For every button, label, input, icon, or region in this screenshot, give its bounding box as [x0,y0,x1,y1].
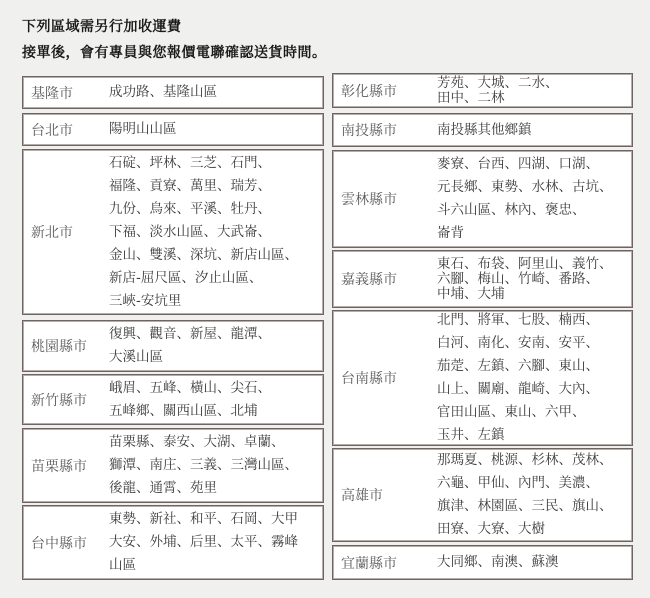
area-line: 茄萣、左鎮、六腳、東山、 [437,355,599,378]
area-line: 元長鄉、東勢、水林、古坑、 [437,176,613,199]
region-name: 南投縣市 [333,120,397,140]
area-line: 三峽-安坑里 [109,290,298,313]
area-line: 大同鄉、南澳、蘇澳 [437,551,559,574]
area-line: 成功路、基隆山區 [109,81,217,104]
area-line: 九份、烏來、平溪、牡丹、 [109,198,298,221]
region-areas: 麥寮、台西、四湖、口湖、元長鄉、東勢、水林、古坑、斗六山區、林內、褒忠、崙背 [437,153,613,245]
area-line: 東石、布袋、阿里山、義竹、 [437,257,613,272]
area-line: 那瑪夏、桃源、杉林、茂林、 [437,449,613,472]
area-line: 田寮、大寮、大樹 [437,518,613,541]
area-line: 下福、淡水山區、大武崙、 [109,221,298,244]
region-row: 南投縣市南投縣其他鄉鎮 [332,113,633,147]
notice-subtitle: 接單後，會有專員與您報價電聯確認送貨時間。 [22,42,327,62]
area-line: 芳苑、大城、二水、 [437,76,559,91]
region-row: 雲林縣市麥寮、台西、四湖、口湖、元長鄉、東勢、水林、古坑、斗六山區、林內、褒忠、… [332,150,633,248]
region-name: 嘉義縣市 [333,269,397,289]
region-name: 新竹縣市 [23,390,87,410]
region-row: 新北市石碇、坪林、三芝、石門、福隆、貢寮、萬里、瑞芳、九份、烏來、平溪、牡丹、下… [22,149,324,315]
region-row: 嘉義縣市東石、布袋、阿里山、義竹、六腳、梅山、竹崎、番路、中埔、大埔 [332,250,633,308]
region-areas: 成功路、基隆山區 [109,81,217,104]
area-line: 山上、關廟、龍崎、大內、 [437,378,599,401]
area-line: 田中、二林 [437,91,559,106]
area-line: 斗六山區、林內、褒忠、 [437,199,613,222]
area-line: 玉井、左鎮 [437,424,599,447]
region-areas: 芳苑、大城、二水、田中、二林 [437,76,559,106]
region-areas: 石碇、坪林、三芝、石門、福隆、貢寮、萬里、瑞芳、九份、烏來、平溪、牡丹、下福、淡… [109,152,298,313]
area-line: 苗栗縣、泰安、大湖、卓蘭、 [109,431,298,454]
area-line: 大溪山區 [109,346,271,369]
area-line: 中埔、大埔 [437,287,613,302]
region-row: 苗栗縣市苗栗縣、泰安、大湖、卓蘭、獅潭、南庄、三義、三灣山區、後龍、通霄、苑里 [22,428,324,503]
area-line: 獅潭、南庄、三義、三灣山區、 [109,454,298,477]
area-line: 白河、南化、安南、安平、 [437,332,599,355]
region-name: 台南縣市 [333,368,397,388]
area-line: 官田山區、東山、六甲、 [437,401,599,424]
region-areas: 那瑪夏、桃源、杉林、茂林、六龜、甲仙、內門、美濃、旗津、林園區、三民、旗山、田寮… [437,449,613,541]
region-row: 宜蘭縣市大同鄉、南澳、蘇澳 [332,545,633,580]
region-areas: 東勢、新社、和平、石岡、大甲大安、外埔、后里、太平、霧峰山區 [109,508,298,577]
area-line: 六龜、甲仙、內門、美濃、 [437,472,613,495]
area-line: 石碇、坪林、三芝、石門、 [109,152,298,175]
area-line: 金山、雙溪、深坑、新店山區、 [109,244,298,267]
region-areas: 復興、觀音、新屋、龍潭、大溪山區 [109,323,271,369]
region-row: 新竹縣市峨眉、五峰、橫山、尖石、五峰鄉、關西山區、北埔 [22,374,324,425]
area-line: 山區 [109,554,298,577]
region-areas: 大同鄉、南澳、蘇澳 [437,551,559,574]
region-name: 基隆市 [23,83,73,103]
region-name: 台中縣市 [23,533,87,553]
area-line: 旗津、林園區、三民、旗山、 [437,495,613,518]
region-row: 桃園縣市復興、觀音、新屋、龍潭、大溪山區 [22,320,324,372]
area-line: 峨眉、五峰、橫山、尖石、 [109,377,271,400]
area-line: 麥寮、台西、四湖、口湖、 [437,153,613,176]
area-line: 後龍、通霄、苑里 [109,477,298,500]
region-row: 高雄市那瑪夏、桃源、杉林、茂林、六龜、甲仙、內門、美濃、旗津、林園區、三民、旗山… [332,448,633,542]
region-row: 彰化縣市芳苑、大城、二水、田中、二林 [332,73,633,108]
area-line: 六腳、梅山、竹崎、番路、 [437,272,613,287]
region-name: 高雄市 [333,485,383,505]
area-line: 北門、將軍、七股、楠西、 [437,309,599,332]
region-row: 台北市陽明山山區 [22,113,324,146]
region-row: 台中縣市東勢、新社、和平、石岡、大甲大安、外埔、后里、太平、霧峰山區 [22,505,324,580]
region-name: 新北市 [23,222,73,242]
region-name: 台北市 [23,120,73,140]
region-areas: 峨眉、五峰、橫山、尖石、五峰鄉、關西山區、北埔 [109,377,271,423]
region-name: 苗栗縣市 [23,456,87,476]
region-name: 雲林縣市 [333,189,397,209]
area-line: 大安、外埔、后里、太平、霧峰 [109,531,298,554]
region-areas: 苗栗縣、泰安、大湖、卓蘭、獅潭、南庄、三義、三灣山區、後龍、通霄、苑里 [109,431,298,500]
area-line: 崙背 [437,222,613,245]
region-name: 桃園縣市 [23,336,87,356]
region-areas: 南投縣其他鄉鎮 [437,119,532,142]
region-name: 宜蘭縣市 [333,553,397,573]
area-line: 南投縣其他鄉鎮 [437,119,532,142]
region-areas: 東石、布袋、阿里山、義竹、六腳、梅山、竹崎、番路、中埔、大埔 [437,257,613,302]
area-line: 福隆、貢寮、萬里、瑞芳、 [109,175,298,198]
region-row: 基隆市成功路、基隆山區 [22,76,324,109]
area-line: 東勢、新社、和平、石岡、大甲 [109,508,298,531]
area-line: 五峰鄉、關西山區、北埔 [109,400,271,423]
region-name: 彰化縣市 [333,81,397,101]
area-line: 新店-屈尺區、汐止山區、 [109,267,298,290]
region-areas: 陽明山山區 [109,118,177,141]
area-line: 陽明山山區 [109,118,177,141]
notice-title: 下列區域需另行加收運費 [22,16,182,36]
region-areas: 北門、將軍、七股、楠西、白河、南化、安南、安平、茄萣、左鎮、六腳、東山、山上、關… [437,309,599,447]
area-line: 復興、觀音、新屋、龍潭、 [109,323,271,346]
region-row: 台南縣市北門、將軍、七股、楠西、白河、南化、安南、安平、茄萣、左鎮、六腳、東山、… [332,310,633,446]
